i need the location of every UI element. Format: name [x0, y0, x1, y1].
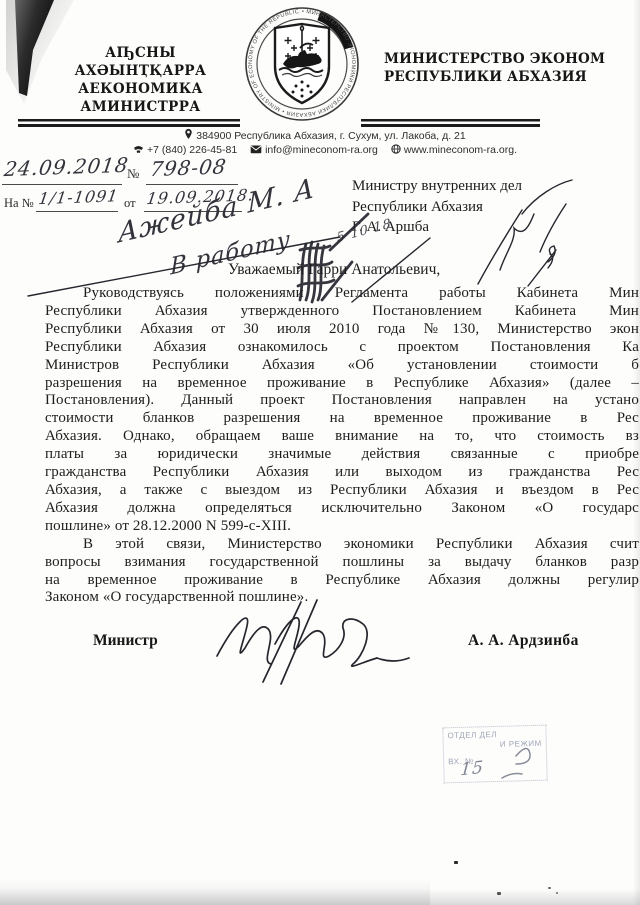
scan-speck [556, 892, 558, 894]
scan-speck [548, 887, 551, 889]
scanned-letter-page: АҦСНЫ АХӘЫНҬҚАРРА АЕКОНОМИКА АМИНИСТРРА … [0, 0, 640, 905]
contact-address: 384900 Республика Абхазия, г. Сухум, ул.… [196, 130, 465, 142]
letterhead-rule-right [361, 119, 540, 127]
scan-speck [497, 892, 501, 895]
coat-of-arms-emblem: • МИНИСТЕРСТВО ЭКОНОМИКИ РЕСПУБЛИКИ АБХА… [243, 4, 361, 124]
org-name-russian: МИНИСТЕРСТВО ЭКОНОМ РЕСПУБЛИКИ АБХАЗИЯ [384, 50, 559, 86]
signature-title: Министр [93, 632, 158, 650]
org-name-russian-line2: РЕСПУБЛИКИ АБХАЗИЯ [384, 68, 559, 86]
letterhead-rule-left [18, 119, 240, 127]
body-line: платы за юридически значимые действия св… [45, 446, 639, 464]
body-line: Абхазия должна определяться исключительн… [45, 500, 639, 518]
body-line: гражданства Республики Абхазия или выход… [45, 464, 639, 482]
org-name-abkhaz-line1: АҦСНЫ АХӘЫНҬҚАРРА [38, 44, 243, 80]
body-line: разрешения на временное проживание в Рес… [45, 375, 639, 393]
body-line: Министров Республики Абхазия «Об установ… [45, 357, 639, 375]
stamp-number-handwritten: 15 [460, 758, 485, 781]
minister-autograph [205, 598, 440, 688]
body-line: Республики Абхазия от 30 июля 2010 года … [45, 321, 639, 339]
stamp-handwriting-scribble [498, 740, 548, 785]
body-line: вопросы взимания государственной пошлины… [45, 554, 639, 572]
body-line: стоимости бланков разрешения на временно… [45, 410, 639, 428]
salutation: Уважаемый Гарри Анатольевич, [228, 261, 440, 279]
scan-bottom-smudge [0, 879, 430, 905]
body-line: Республики Абхазия утвержденного Постано… [45, 303, 639, 321]
body-line: В этой связи, Министерство экономики Рес… [45, 536, 639, 554]
signature-name: А. А. Ардзинба [468, 632, 579, 650]
body-line: пошлине» от 28.12.2000 N 599-с-XIII. [45, 518, 639, 536]
org-name-abkhaz-line2: АЕКОНОМИКА АМИНИСТРРА [38, 80, 243, 116]
location-pin-icon [184, 128, 193, 140]
letter-body: Руководствуясь положениями Регламента ра… [45, 285, 639, 607]
body-line: на временное проживание в Республике Абх… [45, 572, 639, 590]
body-line: Абхазия, а также с выездом из Республики… [45, 482, 639, 500]
org-name-russian-line1: МИНИСТЕРСТВО ЭКОНОМ [384, 50, 559, 68]
body-line: Абхазия. Однако, обращаем ваше внимание … [45, 428, 639, 446]
body-line: Республики Абхазия ознакомилось с проект… [45, 339, 639, 357]
body-line: Руководствуясь положениями Регламента ра… [45, 285, 639, 303]
scan-speck [454, 861, 458, 864]
body-line: Постановления). Данный проект Постановле… [45, 392, 639, 410]
contact-line-address: 384900 Республика Абхазия, г. Сухум, ул.… [0, 128, 640, 142]
org-name-abkhaz: АҦСНЫ АХӘЫНҬҚАРРА АЕКОНОМИКА АМИНИСТРРА [38, 44, 243, 116]
